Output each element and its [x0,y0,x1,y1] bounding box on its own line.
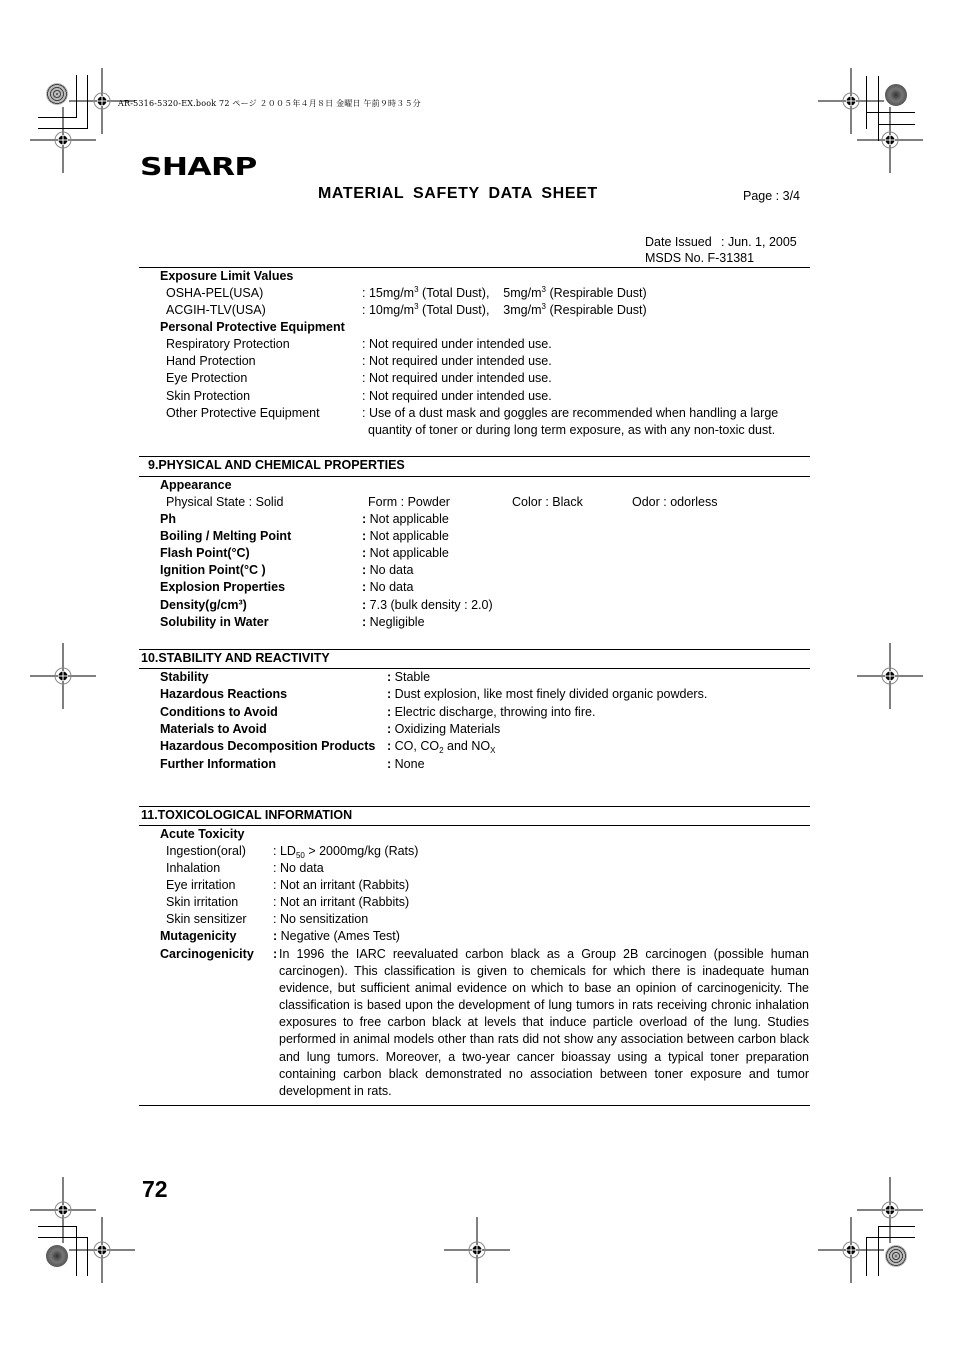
property-value: : Negligible [362,615,425,630]
toxicity-label: Skin sensitizer [166,912,247,927]
divider [139,1105,810,1106]
ppe-heading: Personal Protective Equipment [160,320,345,335]
exposure-label: OSHA-PEL(USA) [166,286,263,301]
msds-number: MSDS No. F-31381 [645,251,754,265]
divider [139,476,810,477]
exposure-limits-heading: Exposure Limit Values [160,269,293,284]
property-label: Ph [160,512,176,527]
ppe-value: : Not required under intended use. [362,389,552,404]
property-label: Materials to Avoid [160,722,267,737]
property-label: Stability [160,670,209,685]
toxicity-label: Ingestion(oral) [166,844,246,859]
ppe-label: Hand Protection [166,354,256,369]
toxicity-value: : No sensitization [273,912,368,927]
mutagenicity-label: Mutagenicity [160,929,236,944]
ppe-value: : Use of a dust mask and goggles are rec… [362,406,778,421]
property-label: Further Information [160,757,276,772]
ppe-label: Other Protective Equipment [166,406,320,421]
property-value: : No data [362,580,413,595]
ppe-label: Eye Protection [166,371,247,386]
divider [139,825,810,826]
divider [139,649,810,650]
property-value: : Stable [387,670,430,685]
date-issued-label: Date Issued [645,235,712,249]
exposure-value: : 10mg/m3 (Total Dust), 3mg/m3 (Respirab… [362,303,647,318]
toxicity-value: : LD50 > 2000mg/kg (Rats) [273,844,418,859]
divider [139,267,810,268]
registration-disc-icon [46,83,68,105]
property-value: : Not applicable [362,546,449,561]
date-issued-value: : Jun. 1, 2005 [721,235,797,249]
property-label: Hazardous Decomposition Products [160,739,375,754]
property-value: : Dust explosion, like most finely divid… [387,687,707,702]
divider [139,806,810,807]
appearance-heading: Appearance [160,478,232,493]
divider [139,456,810,457]
toxicity-value: : Not an irritant (Rabbits) [273,878,409,893]
section-10-heading: 10.STABILITY AND REACTIVITY [141,651,330,666]
color: Color : Black [512,495,583,510]
ppe-value-continued: quantity of toner or during long term ex… [368,423,775,438]
property-label: Solubility in Water [160,615,269,630]
toxicity-value: : Not an irritant (Rabbits) [273,895,409,910]
divider [139,668,810,669]
acute-toxicity-heading: Acute Toxicity [160,827,245,842]
property-value: : Oxidizing Materials [387,722,500,737]
carcinogenicity-value: In 1996 the IARC reevaluated carbon blac… [279,946,809,1100]
property-value: : Electric discharge, throwing into fire… [387,705,595,720]
page-indicator: Page : 3/4 [743,189,800,203]
exposure-value: : 15mg/m3 (Total Dust), 5mg/m3 (Respirab… [362,286,647,301]
page-number: 72 [142,1176,168,1203]
property-value: : No data [362,563,413,578]
property-value: : 7.3 (bulk density : 2.0) [362,598,493,613]
property-value: : CO, CO2 and NOX [387,739,495,754]
property-value: : Not applicable [362,529,449,544]
property-label: Explosion Properties [160,580,285,595]
property-label: Conditions to Avoid [160,705,278,720]
registration-disc-icon [46,1245,68,1267]
ppe-value: : Not required under intended use. [362,354,552,369]
section-9-heading: 9.PHYSICAL AND CHEMICAL PROPERTIES [148,458,405,473]
carcinogenicity-label: Carcinogenicity [160,947,254,962]
registration-disc-icon [885,84,907,106]
toxicity-label: Inhalation [166,861,220,876]
physical-state: Physical State : Solid [166,495,283,510]
property-label: Flash Point(°C) [160,546,250,561]
ppe-value: : Not required under intended use. [362,337,552,352]
document-title: MATERIAL SAFETY DATA SHEET [318,185,598,203]
ppe-value: : Not required under intended use. [362,371,552,386]
odor: Odor : odorless [632,495,717,510]
mutagenicity-value: : Negative (Ames Test) [273,929,400,944]
property-value: : None [387,757,425,772]
property-label: Boiling / Melting Point [160,529,291,544]
toxicity-value: : No data [273,861,324,876]
property-label: Density(g/cm³) [160,598,247,613]
exposure-label: ACGIH-TLV(USA) [166,303,266,318]
toxicity-label: Eye irritation [166,878,235,893]
property-label: Hazardous Reactions [160,687,287,702]
carcinogenicity-colon: : [273,947,277,962]
section-11-heading: 11.TOXICOLOGICAL INFORMATION [141,808,352,823]
sharp-logo: SHARP [140,152,257,181]
print-job-info: AR-5316-5320-EX.book 72 ページ ２００５年４月８日 金曜… [118,98,421,109]
registration-disc-icon [885,1245,907,1267]
ppe-label: Skin Protection [166,389,250,404]
property-value: : Not applicable [362,512,449,527]
form: Form : Powder [368,495,450,510]
toxicity-label: Skin irritation [166,895,238,910]
ppe-label: Respiratory Protection [166,337,290,352]
property-label: Ignition Point(°C ) [160,563,266,578]
